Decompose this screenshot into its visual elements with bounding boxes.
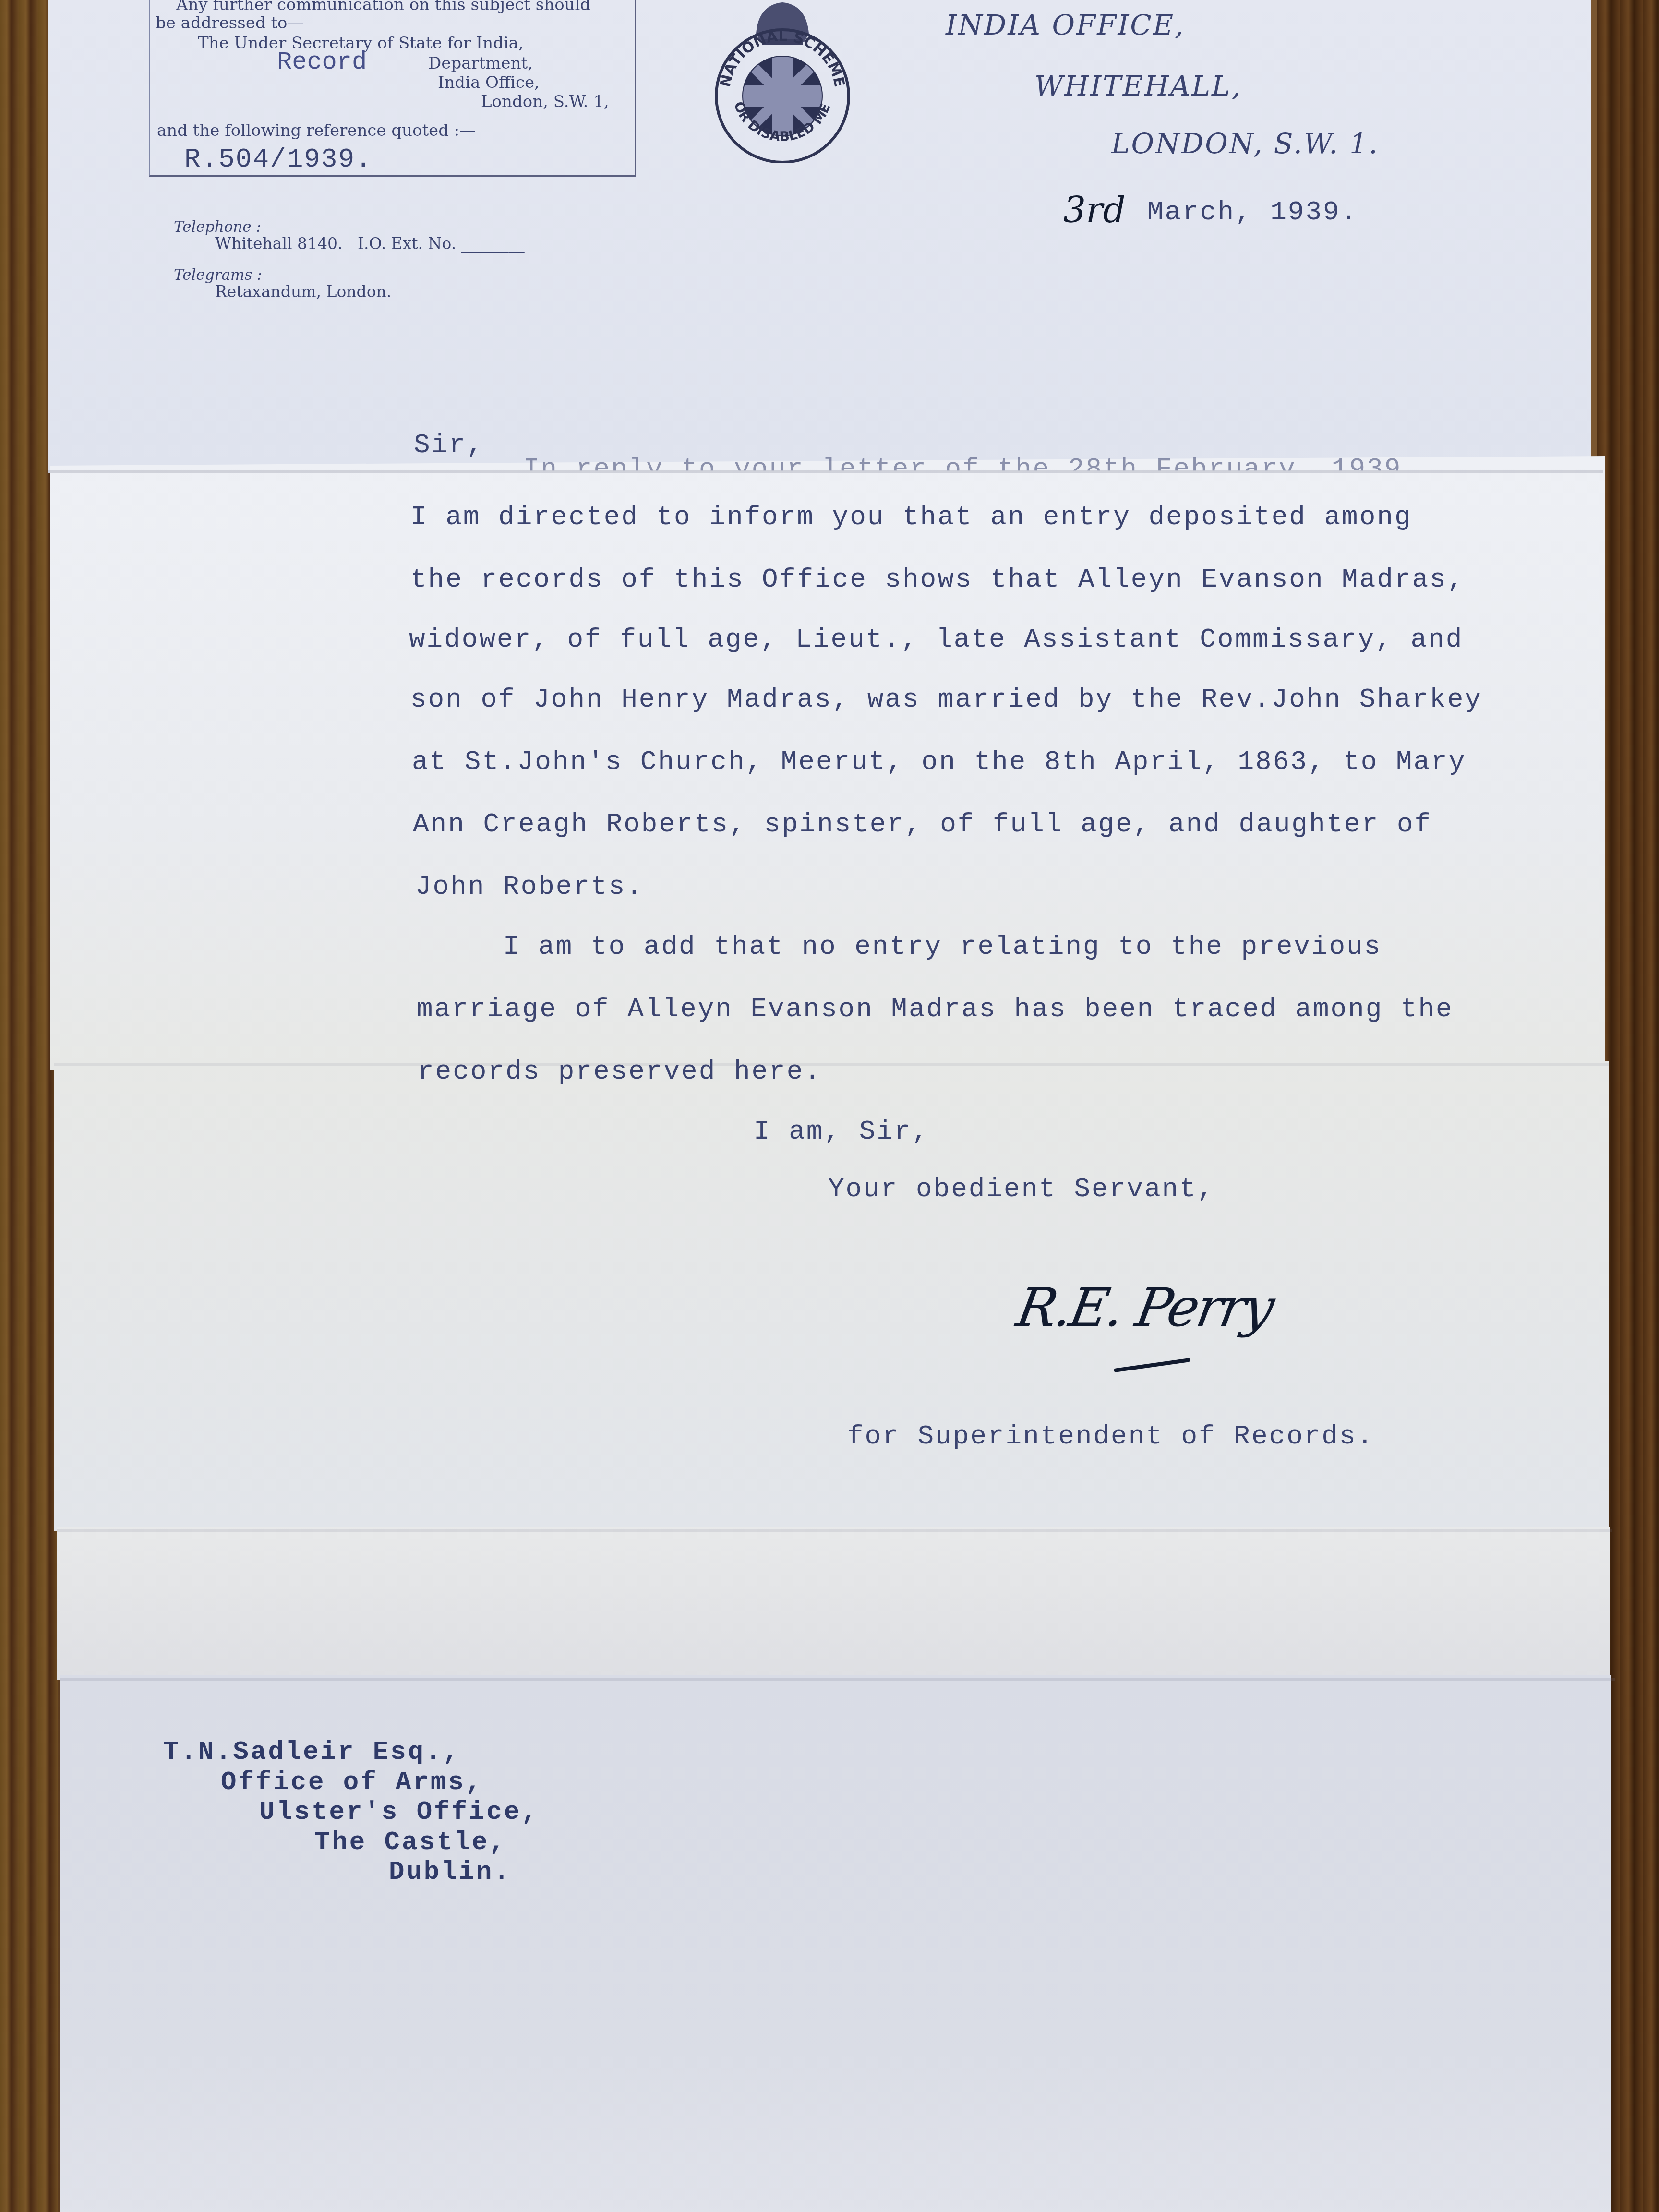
- sender-address-line: LONDON, S.W. 1.: [1111, 127, 1379, 160]
- body-line: I am directed to inform you that an entr…: [410, 502, 1412, 532]
- reference-instruction: Any further communication on this subjec…: [176, 0, 590, 14]
- recipient-line: Ulster's Office,: [259, 1798, 539, 1827]
- signatory-title: for Superintendent of Records.: [847, 1421, 1374, 1452]
- sender-address-line: WHITEHALL,: [1034, 70, 1242, 102]
- recipient-line: T.N.Sadleir Esq.,: [163, 1738, 460, 1767]
- salutation: Sir,: [414, 430, 484, 460]
- telegrams-value: Retaxandum, London.: [215, 282, 391, 301]
- body-line: I am to add that no entry relating to th…: [415, 931, 1382, 962]
- body-line: Ann Creagh Roberts, spinster, of full ag…: [413, 809, 1432, 840]
- body-line: marriage of Alleyn Evanson Madras has be…: [417, 994, 1454, 1024]
- telephone-value: Whitehall 8140. I.O. Ext. No. ________: [215, 234, 525, 253]
- reference-box: Any further communication on this subjec…: [149, 0, 636, 177]
- department-stamp: Record: [277, 48, 367, 76]
- body-line: records preserved here.: [418, 1056, 822, 1087]
- sender-address-line: INDIA OFFICE,: [946, 9, 1185, 41]
- body-line: widower, of full age, Lieut., late Assis…: [409, 624, 1463, 655]
- reference-prompt: and the following reference quoted :—: [157, 121, 476, 140]
- telephone-label: Telephone :—: [174, 218, 276, 236]
- fold-line: [48, 470, 1603, 473]
- national-scheme-crest: NATIONAL SCHEME FOR DISABLED MEN: [710, 0, 854, 163]
- letter-panel-fold: [57, 1527, 1610, 1680]
- telegrams-label: Telegrams :—: [174, 266, 277, 284]
- fold-line: [54, 1063, 1609, 1066]
- closing-line: Your obedient Servant,: [828, 1174, 1214, 1204]
- body-line: son of John Henry Madras, was married by…: [410, 684, 1482, 715]
- recipient-line: Dublin.: [389, 1858, 511, 1887]
- letter-date: March, 1939.: [1147, 197, 1358, 228]
- fold-line: [57, 1529, 1612, 1532]
- reference-instruction: be addressed to—: [156, 13, 304, 33]
- body-line: John Roberts.: [415, 871, 644, 902]
- closing-line: I am, Sir,: [754, 1116, 929, 1147]
- recipient-line: The Castle,: [314, 1828, 506, 1857]
- fold-line: [60, 1678, 1615, 1681]
- recipient-line: Office of Arms,: [221, 1768, 483, 1797]
- union-jack-crown-badge-icon: NATIONAL SCHEME FOR DISABLED MEN: [710, 0, 854, 163]
- body-line: the records of this Office shows that Al…: [410, 564, 1465, 595]
- reference-city: London, S.W. 1,: [481, 92, 609, 111]
- handwritten-day: 3rd: [1063, 190, 1126, 231]
- signature: R.E. Perry: [1012, 1277, 1277, 1338]
- body-line: at St.John's Church, Meerut, on the 8th …: [412, 746, 1466, 777]
- reference-number: R.504/1939.: [184, 144, 373, 175]
- reference-department: Department,: [428, 54, 533, 73]
- reference-office: India Office,: [438, 73, 540, 92]
